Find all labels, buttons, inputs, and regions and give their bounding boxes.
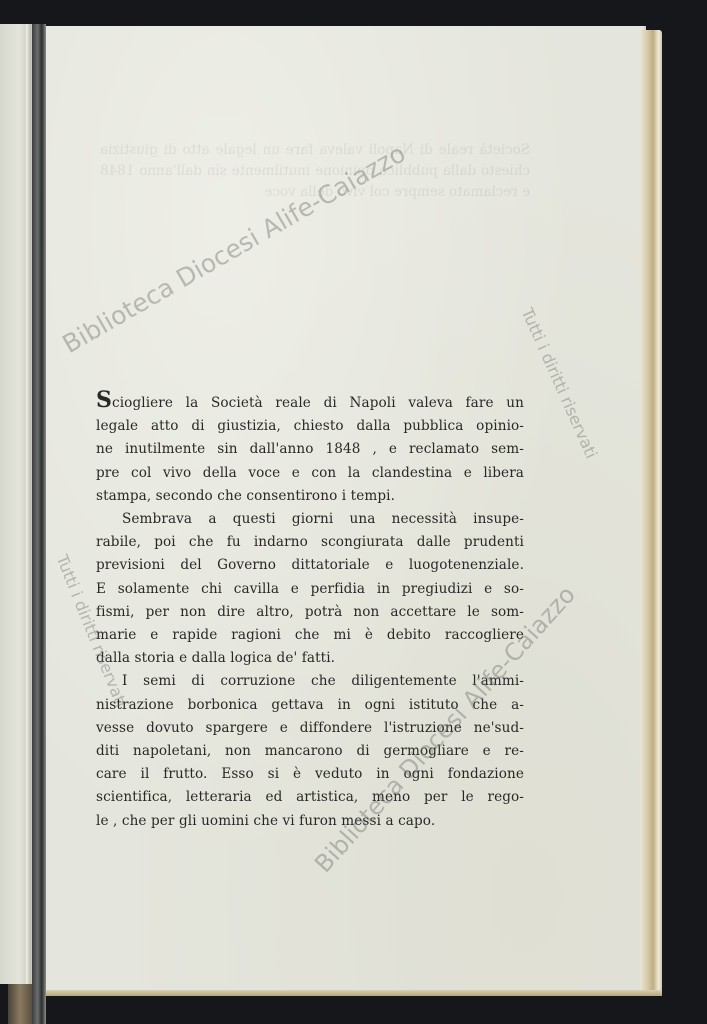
text-line: fismi, per non dire altro, potrà non acc…	[96, 601, 524, 624]
text-line: dalla storia e dalla logica de' fatti.	[96, 647, 524, 670]
text-line: Sciogliere la Società reale di Napoli va…	[96, 392, 524, 415]
text-line: diti napoletani, non mancarono di germog…	[96, 740, 524, 763]
paragraph-1: Sciogliere la Società reale di Napoli va…	[96, 392, 524, 508]
text-line: marie e rapide ragioni che mi è debito r…	[96, 624, 524, 647]
text-line: care il frutto. Esso si è veduto in ogni…	[96, 763, 524, 786]
text-line: legale atto di giustizia, chiesto dalla …	[96, 415, 524, 438]
text-line: E solamente chi cavilla e perfidia in pr…	[96, 578, 524, 601]
text-line: pre col vivo della voce e con la clandes…	[96, 462, 524, 485]
page-fore-edge	[640, 30, 662, 992]
paragraph-2: Sembrava a questi giorni una necessità i…	[96, 508, 524, 670]
text-line: previsioni del Governo dittatoriale e lu…	[96, 554, 524, 577]
page-bottom-edge	[46, 990, 662, 996]
text-line: nistrazione borbonica gettava in ogni is…	[96, 694, 524, 717]
text-line: I semi di corruzione che diligentemente …	[96, 670, 524, 693]
text-line: stampa, secondo che consentirono i tempi…	[96, 485, 524, 508]
left-page-margin	[26, 24, 31, 984]
body-text: Sciogliere la Società reale di Napoli va…	[96, 392, 524, 833]
text-line: Sembrava a questi giorni una necessità i…	[96, 508, 524, 531]
text-line: ne inutilmente sin dall'anno 1848 , e re…	[96, 438, 524, 461]
text-line: rabile, poi che fu indarno scongiurata d…	[96, 531, 524, 554]
text-line: scientifica, letteraria ed artistica, me…	[96, 786, 524, 809]
book-gutter	[32, 24, 46, 1024]
bleed-through-text: Società reale di Napoli valeva fare un l…	[100, 140, 530, 380]
text-line: vesse dovuto spargere e diffondere l'ist…	[96, 717, 524, 740]
drop-cap: S	[96, 387, 112, 413]
paragraph-3: I semi di corruzione che diligentemente …	[96, 670, 524, 832]
book-spine-corner	[8, 984, 32, 1024]
text-line: le , che per gli uomini che vi furon mes…	[96, 810, 524, 833]
